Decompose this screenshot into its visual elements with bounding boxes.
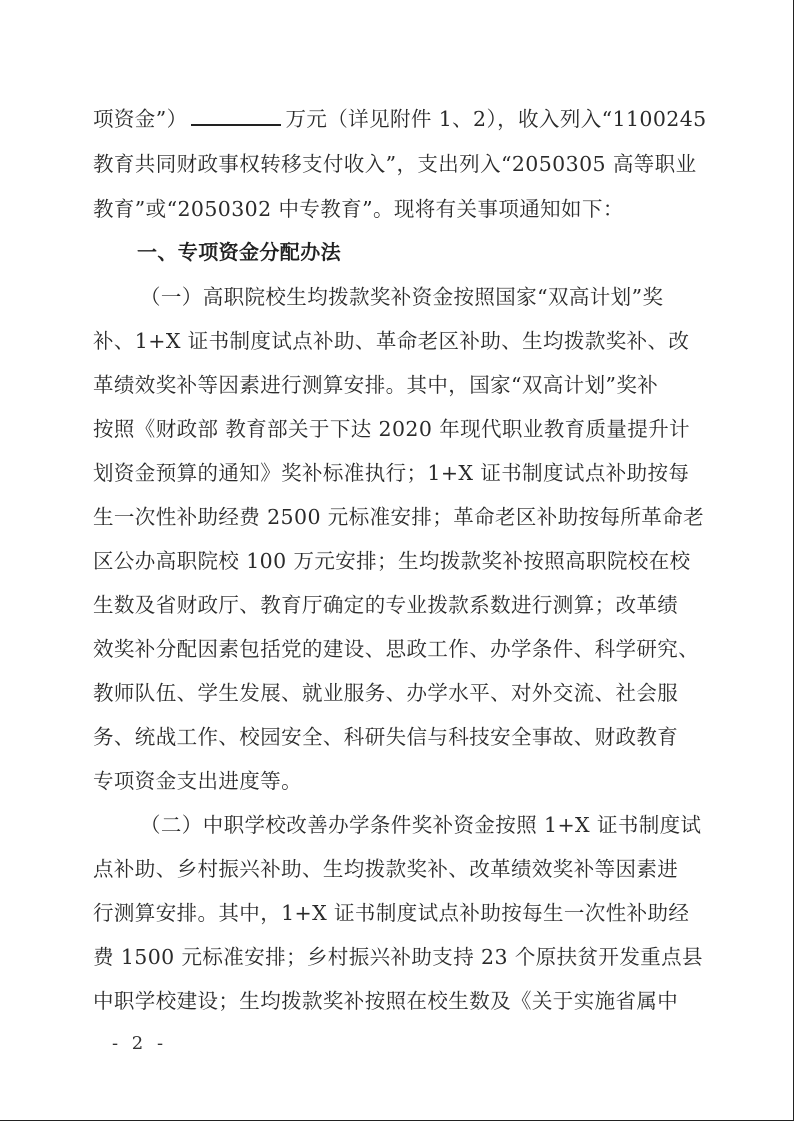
text-line: 生数及省财政厅、教育厅确定的专业拨款系数进行测算；改革绩 [93,592,693,618]
paragraph-start: （二）中职学校改善办学条件奖补资金按照 1+X 证书制度试 [140,812,740,838]
amount-blank [191,106,281,126]
text-line: 按照《财政部 教育部关于下达 2020 年现代职业教育质量提升计 [93,416,693,442]
text-segment: 万元（详见附件 1、2），收入列入“1100245 [285,107,706,131]
text-line: 划资金预算的通知》奖补标准执行；1+X 证书制度试点补助按每 [93,460,693,486]
text-line: 点补助、乡村振兴补助、生均拨款奖补、改革绩效奖补等因素进 [93,856,693,882]
document-page: 项资金”）万元（详见附件 1、2），收入列入“1100245 教育共同财政事权转… [0,0,794,1121]
section-heading: 一、专项资金分配办法 [137,239,737,265]
text-line: 行测算安排。其中，1+X 证书制度试点补助按每生一次性补助经 [93,900,693,926]
text-line-1: 项资金”）万元（详见附件 1、2），收入列入“1100245 [93,106,693,132]
text-line: 务、统战工作、校园安全、科研失信与科技安全事故、财政教育 [93,724,693,750]
text-line: 教师队伍、学生发展、就业服务、办学水平、对外交流、社会服 [93,680,693,706]
text-line: 效奖补分配因素包括党的建设、思政工作、办学条件、科学研究、 [93,636,693,662]
text-line: 教育共同财政事权转移支付收入”，支出列入“2050305 高等职业 [93,151,693,177]
text-line: 费 1500 元标准安排；乡村振兴补助支持 23 个原扶贫开发重点县 [93,944,693,970]
text-line: 革绩效奖补等因素进行测算安排。其中，国家“双高计划”奖补 [93,372,693,398]
page-number: - 2 - [112,1033,167,1054]
text-line: 教育”或“2050302 中专教育”。现将有关事项通知如下： [93,196,693,222]
paragraph-start: （一）高职院校生均拨款奖补资金按照国家“双高计划”奖 [140,284,740,310]
text-line: 生一次性补助经费 2500 元标准安排；革命老区补助按每所革命老 [93,504,693,530]
text-line: 专项资金支出进度等。 [93,768,693,794]
text-line: 区公办高职院校 100 万元安排；生均拨款奖补按照高职院校在校 [93,548,693,574]
text-line: 补、1+X 证书制度试点补助、革命老区补助、生均拨款奖补、改 [93,328,693,354]
text-line: 中职学校建设；生均拨款奖补按照在校生数及《关于实施省属中 [93,988,693,1014]
text-segment: 项资金”） [93,107,187,131]
